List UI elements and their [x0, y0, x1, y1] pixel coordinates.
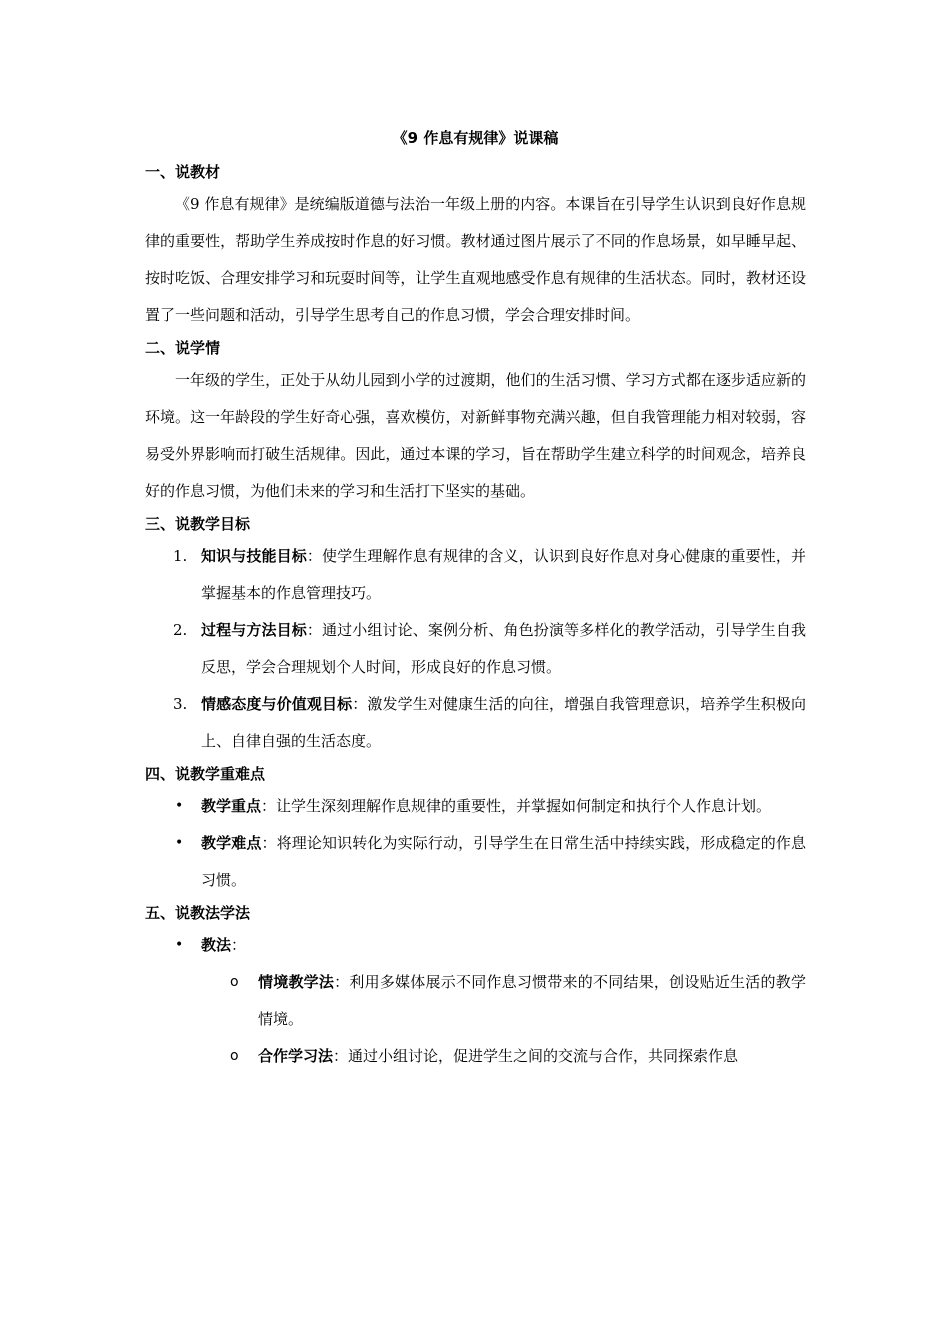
list-number: 3.	[173, 686, 197, 723]
item-separator: ：	[231, 936, 246, 954]
list-number: 2.	[173, 612, 197, 649]
list-number: 1.	[173, 538, 197, 575]
item-label: 情感态度与价值观目标	[201, 695, 352, 713]
section-heading: 三、说教学目标	[145, 510, 806, 538]
section-paragraph: 一年级的学生，正处于从幼儿园到小学的过渡期，他们的生活习惯、学习方式都在逐步适应…	[145, 362, 806, 510]
list-item: • 教法：	[145, 927, 806, 964]
section-learners: 二、说学情 一年级的学生，正处于从幼儿园到小学的过渡期，他们的生活习惯、学习方式…	[145, 334, 806, 510]
list-item: • 教学难点：将理论知识转化为实际行动，引导学生在日常生活中持续实践，形成稳定的…	[145, 825, 806, 899]
item-label: 合作学习法	[258, 1047, 333, 1065]
section-textbook: 一、说教材 《9 作息有规律》是统编版道德与法治一年级上册的内容。本课旨在引导学…	[145, 158, 806, 334]
bullet-icon: •	[175, 825, 199, 862]
section-objectives: 三、说教学目标 1. 知识与技能目标：使学生理解作息有规律的含义，认识到良好作息…	[145, 510, 806, 760]
section-key-points: 四、说教学重难点 • 教学重点：让学生深刻理解作息规律的重要性，并掌握如何制定和…	[145, 760, 806, 899]
list-item: • 教学重点：让学生深刻理解作息规律的重要性，并掌握如何制定和执行个人作息计划。	[145, 788, 806, 825]
item-separator: ：	[307, 547, 322, 565]
item-separator: ：	[333, 1047, 348, 1065]
item-label: 教学难点	[201, 834, 262, 852]
section-heading: 四、说教学重难点	[145, 760, 806, 788]
circle-bullet-icon: o	[230, 964, 239, 1001]
list-item: 3. 情感态度与价值观目标：激发学生对健康生活的向往，增强自我管理意识，培养学生…	[145, 686, 806, 760]
circle-bullet-icon: o	[230, 1038, 239, 1075]
list-item: 1. 知识与技能目标：使学生理解作息有规律的含义，认识到良好作息对身心健康的重要…	[145, 538, 806, 612]
item-text: 将理论知识转化为实际行动，引导学生在日常生活中持续实践，形成稳定的作息习惯。	[201, 834, 806, 889]
item-label: 知识与技能目标	[201, 547, 307, 565]
item-text: 通过小组讨论，促进学生之间的交流与合作，共同探索作息	[348, 1047, 738, 1065]
item-separator: ：	[307, 621, 322, 639]
document-page: 《9 作息有规律》说课稿 一、说教材 《9 作息有规律》是统编版道德与法治一年级…	[145, 124, 806, 1075]
section-heading: 二、说学情	[145, 334, 806, 362]
sub-list-item: o 情境教学法：利用多媒体展示不同作息习惯带来的不同结果，创设贴近生活的教学情境…	[145, 964, 806, 1038]
item-label: 教法	[201, 936, 231, 954]
item-text: 让学生深刻理解作息规律的重要性，并掌握如何制定和执行个人作息计划。	[276, 797, 771, 815]
item-separator: ：	[261, 797, 276, 815]
bullet-icon: •	[175, 788, 199, 825]
bullet-icon: •	[175, 927, 199, 964]
section-heading: 五、说教法学法	[145, 899, 806, 927]
item-label: 过程与方法目标	[201, 621, 307, 639]
item-separator: ：	[262, 834, 277, 852]
sub-list-item: o 合作学习法：通过小组讨论，促进学生之间的交流与合作，共同探索作息	[145, 1038, 806, 1075]
item-label: 情境教学法	[258, 973, 334, 991]
section-paragraph: 《9 作息有规律》是统编版道德与法治一年级上册的内容。本课旨在引导学生认识到良好…	[145, 186, 806, 334]
document-title: 《9 作息有规律》说课稿	[145, 124, 806, 152]
section-methods: 五、说教法学法 • 教法： o 情境教学法：利用多媒体展示不同作息习惯带来的不同…	[145, 899, 806, 1075]
item-separator: ：	[352, 695, 367, 713]
list-item: 2. 过程与方法目标：通过小组讨论、案例分析、角色扮演等多样化的教学活动，引导学…	[145, 612, 806, 686]
item-separator: ：	[334, 973, 349, 991]
section-heading: 一、说教材	[145, 158, 806, 186]
item-label: 教学重点	[201, 797, 261, 815]
